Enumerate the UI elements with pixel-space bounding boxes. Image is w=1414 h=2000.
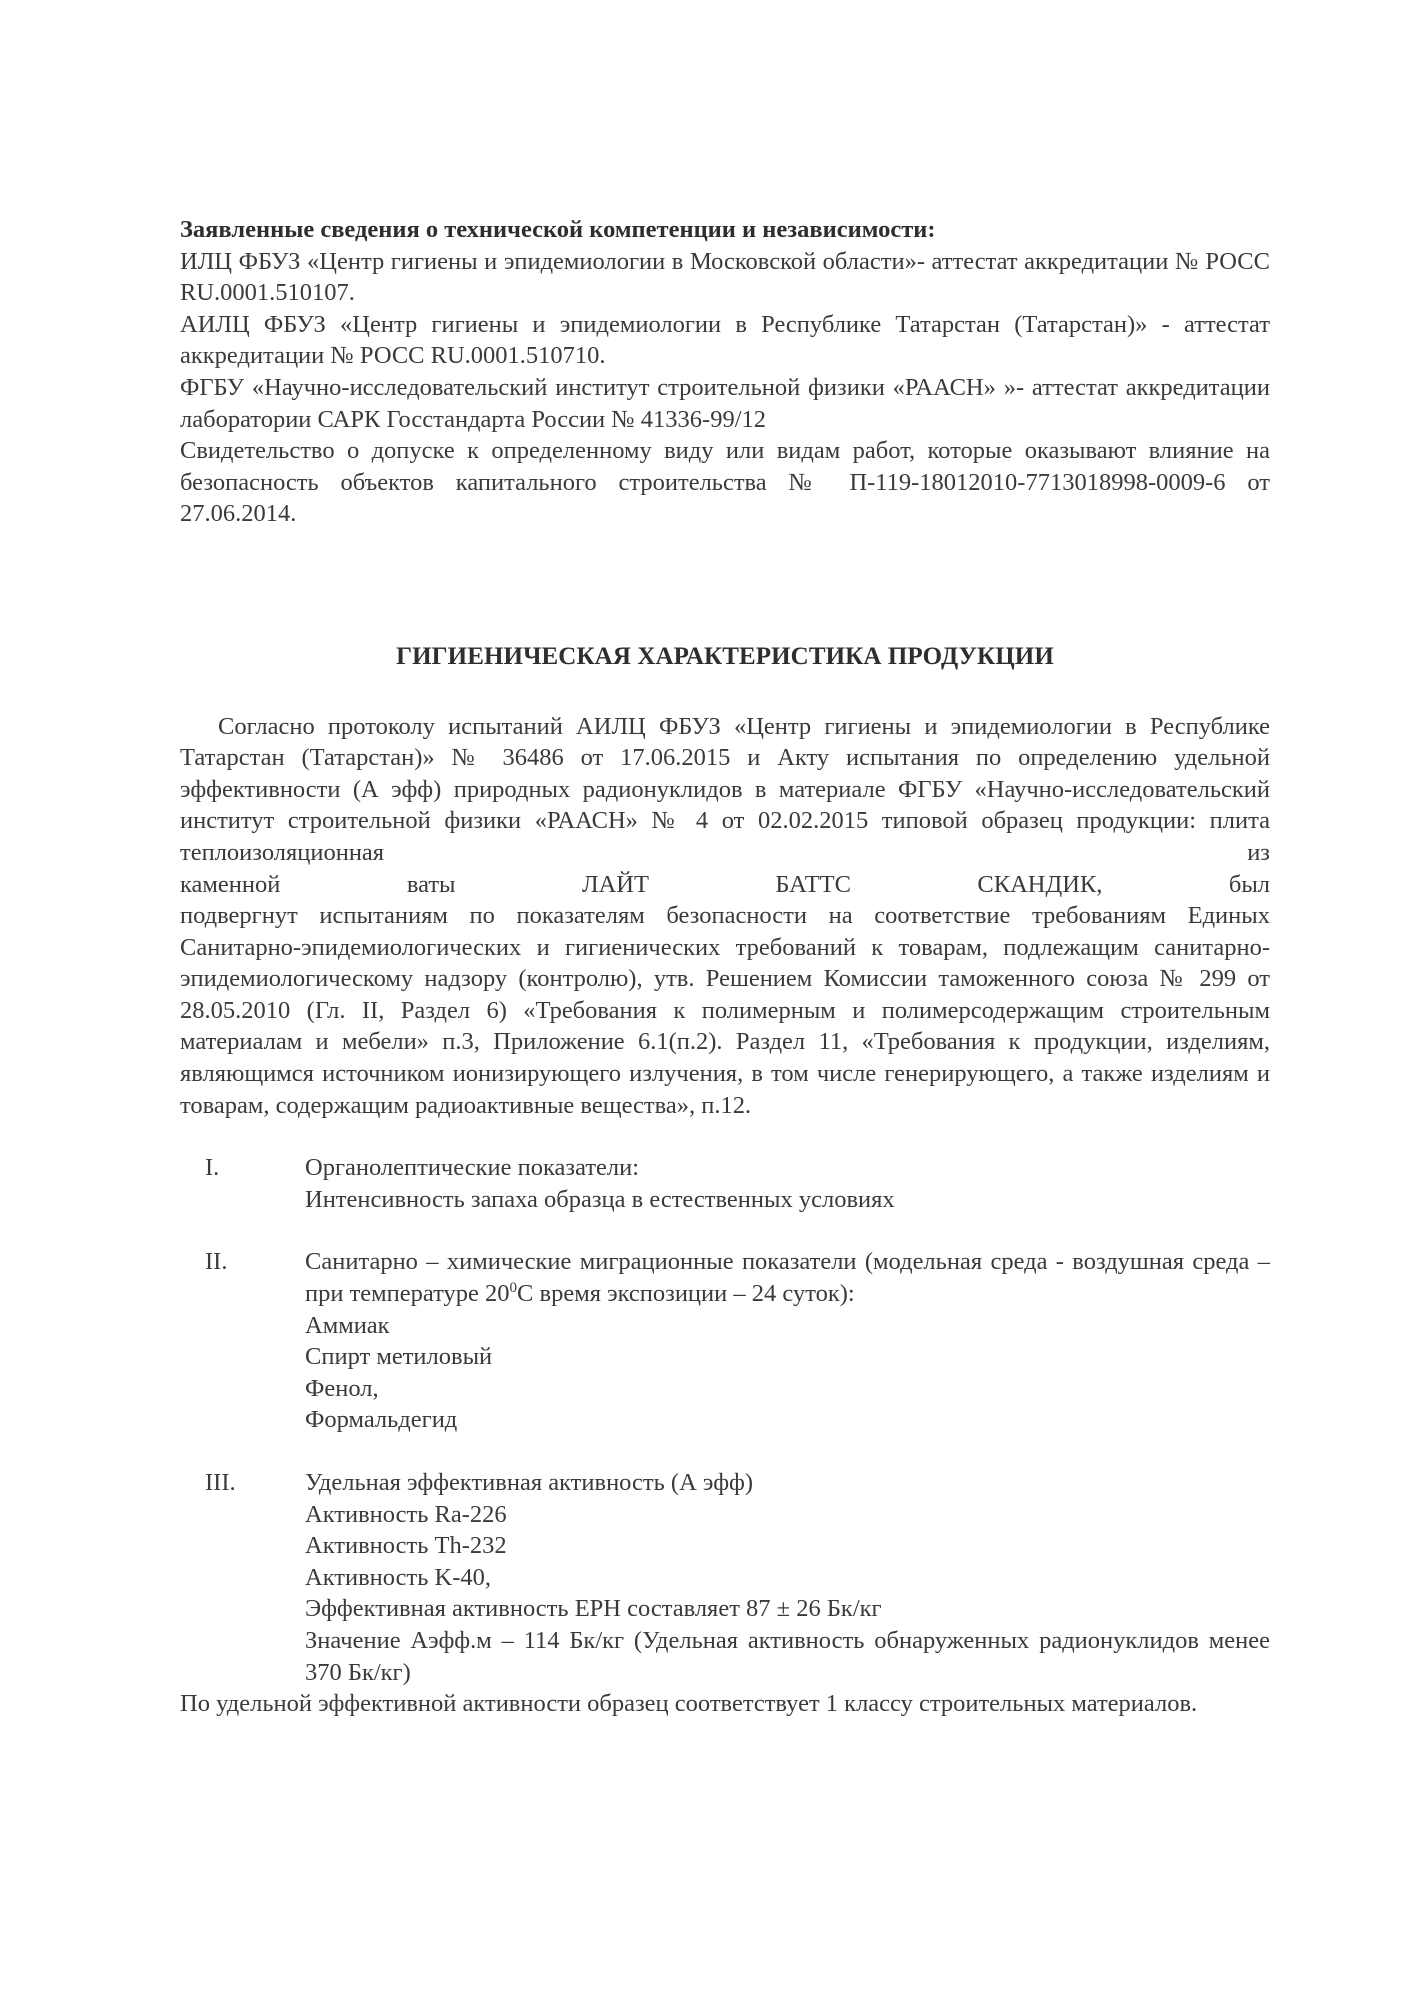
section-number: I. — [180, 1152, 305, 1215]
indicator-line: Фенол, — [305, 1373, 1270, 1405]
section-title: ГИГИЕНИЧЕСКАЯ ХАРАКТЕРИСТИКА ПРОДУКЦИИ — [180, 641, 1270, 673]
degree-superscript: 0 — [510, 1280, 518, 1296]
section-heading: Органолептические показатели: — [305, 1152, 1270, 1184]
document-page: Заявленные сведения о технической компет… — [180, 214, 1270, 1720]
indicator-line: Активность Th-232 — [305, 1530, 1270, 1562]
indicator-line: Активность K-40, — [305, 1562, 1270, 1594]
section-heading: Санитарно – химические миграционные пока… — [305, 1246, 1270, 1309]
indicator-line: Интенсивность запаха образца в естествен… — [305, 1184, 1270, 1216]
section-number: II. — [180, 1246, 305, 1436]
activity-value-note: Значение Аэфф.м – 114 Бк/кг (Удельная ак… — [305, 1625, 1270, 1688]
indicator-list: I. Органолептические показатели: Интенси… — [180, 1152, 1270, 1688]
indicator-line: Формальдегид — [305, 1404, 1270, 1436]
indicator-section-organoleptic: I. Органолептические показатели: Интенси… — [180, 1152, 1270, 1215]
intro-paragraph-part2: подвергнут испытаниям по показателям без… — [180, 900, 1270, 1121]
indicator-line: Аммиак — [305, 1310, 1270, 1342]
section-number: III. — [180, 1467, 305, 1688]
competence-heading: Заявленные сведения о технической компет… — [180, 214, 1270, 246]
conclusion-text: По удельной эффективной активности образ… — [180, 1688, 1270, 1720]
accreditation-entry: ИЛЦ ФБУЗ «Центр гигиены и эпидемиологии … — [180, 246, 1270, 309]
accreditation-entry: ФГБУ «Научно-исследовательский институт … — [180, 372, 1270, 435]
intro-paragraph-part1: Согласно протоколу испытаний АИЛЦ ФБУЗ «… — [180, 711, 1270, 869]
indicator-section-radiation: III. Удельная эффективная активность (А … — [180, 1467, 1270, 1688]
indicator-section-chemical: II. Санитарно – химические миграционные … — [180, 1246, 1270, 1436]
competence-block: Заявленные сведения о технической компет… — [180, 214, 1270, 530]
intro-product-line: каменной ваты ЛАЙТ БАТТС СКАНДИК, был — [180, 869, 1270, 901]
hygiene-intro: Согласно протоколу испытаний АИЛЦ ФБУЗ «… — [180, 711, 1270, 1122]
permit-entry: Свидетельство о допуске к определенному … — [180, 435, 1270, 530]
indicator-line: Спирт метиловый — [305, 1341, 1270, 1373]
section-heading-text-end: С время экспозиции – 24 суток): — [517, 1280, 855, 1307]
indicator-line: Активность Ra-226 — [305, 1499, 1270, 1531]
indicator-line: Эффективная активность ЕРН составляет 87… — [305, 1593, 1270, 1625]
accreditation-entry: АИЛЦ ФБУЗ «Центр гигиены и эпидемиологии… — [180, 309, 1270, 372]
section-heading: Удельная эффективная активность (А эфф) — [305, 1467, 1270, 1499]
